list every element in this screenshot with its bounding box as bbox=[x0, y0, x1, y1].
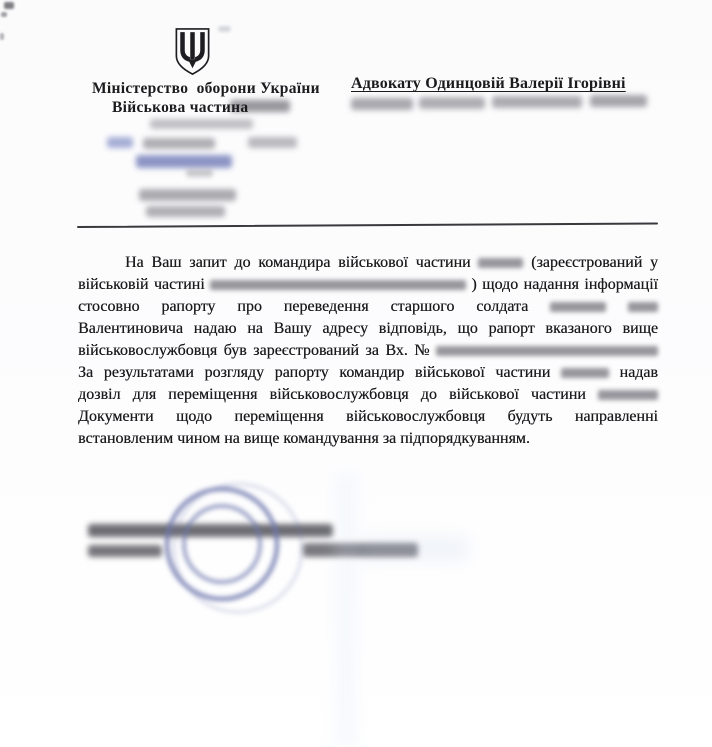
body-word: інформації bbox=[584, 274, 658, 296]
recipient-name: Адвокату Одинцовій Валерії Ігорівні bbox=[351, 75, 626, 93]
body-word: надання bbox=[524, 274, 579, 296]
scan-tint-band bbox=[334, 474, 358, 747]
body-word: був bbox=[224, 340, 247, 362]
scan-speck bbox=[1, 12, 7, 17]
body-word: запит bbox=[189, 252, 226, 274]
body-line: встановленим чином на вище командування … bbox=[78, 428, 658, 450]
body-word: переміщення bbox=[234, 406, 323, 428]
body-word: розгляду bbox=[204, 362, 264, 384]
body-word: № bbox=[414, 340, 429, 362]
body-word: Ваш bbox=[151, 252, 181, 274]
body-word: військової bbox=[338, 252, 408, 274]
redaction-header-line bbox=[186, 169, 213, 177]
body-word: військовій bbox=[78, 274, 148, 296]
body-word: до bbox=[234, 252, 250, 274]
body-line: Документищодопереміщеннявійськовослужбов… bbox=[78, 406, 658, 428]
redaction-recipient-address bbox=[492, 96, 582, 108]
scanned-letter-page: Міністерство оборони України Військова ч… bbox=[0, 0, 712, 747]
body-word: будуть bbox=[508, 406, 553, 428]
redaction-header-line bbox=[150, 119, 253, 129]
body-word: стосовно bbox=[78, 296, 140, 318]
redaction-header-date bbox=[107, 137, 133, 148]
body-word: військової bbox=[415, 362, 485, 384]
body-word: військовослужбовця bbox=[346, 406, 485, 428]
military-unit-label: Військова частина bbox=[112, 99, 248, 117]
body-word: у bbox=[650, 252, 658, 274]
redaction-blob bbox=[561, 368, 609, 378]
body-word: частини bbox=[531, 384, 586, 406]
body-word: надав bbox=[620, 362, 658, 384]
ministry-name: Міністерство оборони України bbox=[92, 80, 320, 98]
redaction-blob bbox=[550, 302, 606, 312]
body-word: результатами bbox=[104, 362, 194, 384]
body-word: військовослужбовця bbox=[78, 340, 217, 362]
header-divider bbox=[77, 222, 658, 228]
body-word: старшого bbox=[390, 296, 454, 318]
letter-body: НаВашзапитдокомандиравійськовоїчастини(з… bbox=[78, 252, 658, 450]
body-word: (зареєстрований bbox=[531, 252, 642, 274]
scan-speck bbox=[0, 33, 4, 40]
body-word: відповідь, bbox=[379, 318, 447, 340]
ukraine-trident-icon bbox=[173, 27, 212, 76]
body-word: Документи bbox=[78, 406, 154, 428]
body-word: направленні bbox=[575, 406, 658, 428]
body-line: військовослужбовцябувзареєстрованийзаВх.… bbox=[78, 340, 658, 362]
body-word: частини bbox=[416, 252, 471, 274]
redaction-header-city bbox=[146, 206, 225, 217]
body-word: про bbox=[237, 296, 262, 318]
scan-speck bbox=[218, 26, 231, 32]
body-word: За bbox=[78, 362, 93, 384]
body-word: Вашу bbox=[274, 318, 312, 340]
redaction-header-line bbox=[143, 138, 215, 149]
body-word: Валентиновича bbox=[78, 318, 183, 340]
redaction-recipient-address bbox=[590, 95, 647, 107]
redaction-header-line bbox=[248, 137, 297, 148]
body-line: стосовнорапортупропереведеннястаршогосол… bbox=[78, 296, 658, 318]
redaction-blob bbox=[210, 280, 466, 290]
body-word: надаю bbox=[194, 318, 237, 340]
body-word: щодо bbox=[176, 406, 212, 428]
body-word: переведення bbox=[284, 296, 369, 318]
body-word: для bbox=[133, 384, 156, 406]
body-word: на bbox=[247, 318, 263, 340]
body-word: частині bbox=[154, 274, 205, 296]
body-word: командир bbox=[339, 362, 404, 384]
body-word: за bbox=[365, 340, 378, 362]
body-word: дозвіл bbox=[78, 384, 120, 406]
body-word: до bbox=[421, 384, 437, 406]
redaction-header-street bbox=[139, 189, 236, 201]
scan-smear bbox=[358, 536, 470, 562]
body-word: Вх. bbox=[385, 340, 407, 362]
body-line: військовійчастині)щодонаданняінформації bbox=[78, 274, 658, 296]
body-word: солдата bbox=[476, 296, 528, 318]
body-word: щодо bbox=[482, 274, 518, 296]
body-word: ) bbox=[471, 274, 476, 296]
body-word: встановленим чином на вище командування … bbox=[78, 428, 530, 450]
body-line: НаВашзапитдокомандиравійськовоїчастини(з… bbox=[78, 252, 658, 274]
body-word: військової bbox=[449, 384, 519, 406]
redaction-recipient-address bbox=[351, 98, 413, 110]
redaction-blob bbox=[436, 346, 658, 356]
body-word: частини bbox=[495, 362, 550, 384]
body-word: адресу bbox=[322, 318, 368, 340]
redaction-header-number bbox=[136, 155, 232, 168]
body-word: зареєстрований bbox=[253, 340, 359, 362]
body-word: На bbox=[125, 252, 144, 274]
body-word: рапорту bbox=[161, 296, 215, 318]
body-word: переміщення bbox=[168, 384, 257, 406]
body-word: вказаного bbox=[545, 318, 611, 340]
redaction-blob bbox=[478, 258, 523, 268]
body-line: Зарезультатамирозглядурапортукомандирвій… bbox=[78, 362, 658, 384]
body-line: ВалентиновичанадаюнаВашуадресувідповідь,… bbox=[78, 318, 658, 340]
body-word: вище bbox=[622, 318, 658, 340]
body-word: військовослужбовця bbox=[270, 384, 409, 406]
body-word: що bbox=[457, 318, 477, 340]
round-stamp-icon bbox=[150, 472, 325, 622]
redaction-recipient-address bbox=[419, 97, 485, 109]
body-word: командира bbox=[258, 252, 330, 274]
body-word: рапорту bbox=[275, 362, 329, 384]
body-word: рапорт bbox=[489, 318, 535, 340]
body-line: дозвілдляпереміщеннявійськовослужбовцядо… bbox=[78, 384, 658, 406]
redaction-blob bbox=[628, 302, 658, 312]
redaction-blob bbox=[598, 390, 658, 400]
scan-speck bbox=[4, 2, 14, 9]
